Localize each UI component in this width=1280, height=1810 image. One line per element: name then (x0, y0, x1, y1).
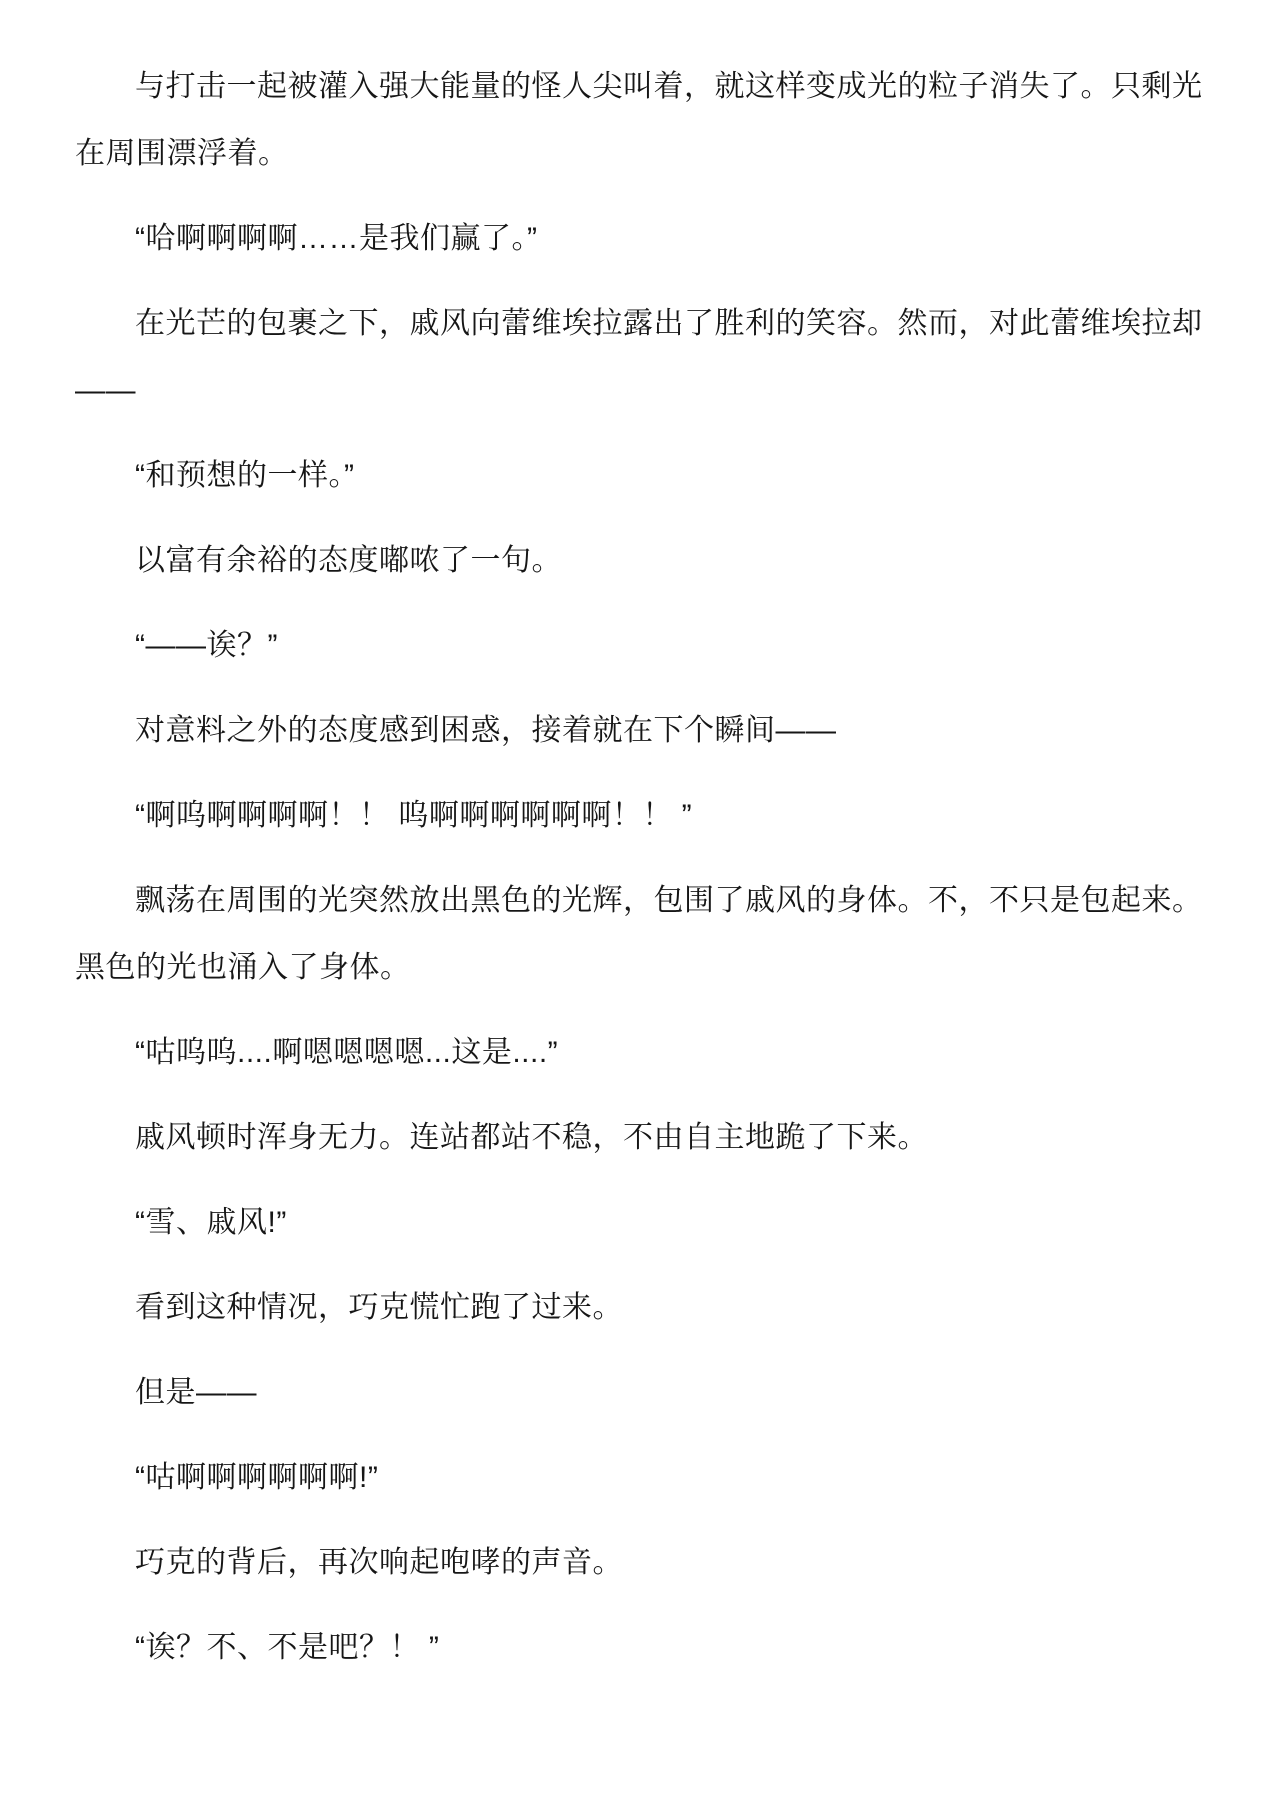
paragraph: “和预想的一样。” (75, 442, 1240, 509)
paragraph: 对意料之外的态度感到困惑，接着就在下个瞬间—— (75, 697, 1240, 764)
text-line: “诶？不、不是吧？！ ” (75, 1614, 1240, 1681)
text-line: 在光芒的包裹之下，戚风向蕾维埃拉露出了胜利的笑容。然而，对此蕾维埃拉却 (75, 290, 1240, 357)
text-line: 在周围漂浮着。 (75, 120, 1240, 187)
text-line: 但是—— (75, 1359, 1240, 1426)
text-line: “——诶？” (75, 612, 1240, 679)
text-line: 与打击一起被灌入强大能量的怪人尖叫着，就这样变成光的粒子消失了。只剩光 (75, 53, 1240, 120)
paragraph: 但是—— (75, 1359, 1240, 1426)
paragraph: 看到这种情况，巧克慌忙跑了过来。 (75, 1274, 1240, 1341)
text-line: 对意料之外的态度感到困惑，接着就在下个瞬间—— (75, 697, 1240, 764)
paragraph: “——诶？” (75, 612, 1240, 679)
paragraph: “咕啊啊啊啊啊啊!” (75, 1444, 1240, 1511)
paragraph: 戚风顿时浑身无力。连站都站不稳，不由自主地跪了下来。 (75, 1104, 1240, 1171)
paragraph: 与打击一起被灌入强大能量的怪人尖叫着，就这样变成光的粒子消失了。只剩光 在周围漂… (75, 53, 1240, 187)
text-line: —— (75, 357, 1240, 424)
paragraph: “咕呜呜....啊嗯嗯嗯嗯...这是....” (75, 1019, 1240, 1086)
text-line: 巧克的背后，再次响起咆哮的声音。 (75, 1529, 1240, 1596)
paragraph: “诶？不、不是吧？！ ” (75, 1614, 1240, 1681)
text-line: 黑色的光也涌入了身体。 (75, 934, 1240, 1001)
paragraph: 飘荡在周围的光突然放出黑色的光辉，包围了戚风的身体。不，不只是包起来。 黑色的光… (75, 867, 1240, 1001)
text-line: “哈啊啊啊啊……是我们赢了。” (75, 205, 1240, 272)
text-line: 戚风顿时浑身无力。连站都站不稳，不由自主地跪了下来。 (75, 1104, 1240, 1171)
text-line: “雪、戚风!” (75, 1189, 1240, 1256)
novel-text-page: 与打击一起被灌入强大能量的怪人尖叫着，就这样变成光的粒子消失了。只剩光 在周围漂… (0, 0, 1280, 1810)
paragraph: “雪、戚风!” (75, 1189, 1240, 1256)
paragraph: 巧克的背后，再次响起咆哮的声音。 (75, 1529, 1240, 1596)
text-line: “和预想的一样。” (75, 442, 1240, 509)
paragraph: 以富有余裕的态度嘟哝了一句。 (75, 527, 1240, 594)
text-line: 以富有余裕的态度嘟哝了一句。 (75, 527, 1240, 594)
text-line: 飘荡在周围的光突然放出黑色的光辉，包围了戚风的身体。不，不只是包起来。 (75, 867, 1240, 934)
paragraph: 在光芒的包裹之下，戚风向蕾维埃拉露出了胜利的笑容。然而，对此蕾维埃拉却 —— (75, 290, 1240, 424)
text-line: “啊呜啊啊啊啊！！ 呜啊啊啊啊啊啊！！ ” (75, 782, 1240, 849)
paragraph: “哈啊啊啊啊……是我们赢了。” (75, 205, 1240, 272)
text-line: “咕呜呜....啊嗯嗯嗯嗯...这是....” (75, 1019, 1240, 1086)
text-line: 看到这种情况，巧克慌忙跑了过来。 (75, 1274, 1240, 1341)
text-line: “咕啊啊啊啊啊啊!” (75, 1444, 1240, 1511)
paragraph: “啊呜啊啊啊啊！！ 呜啊啊啊啊啊啊！！ ” (75, 782, 1240, 849)
